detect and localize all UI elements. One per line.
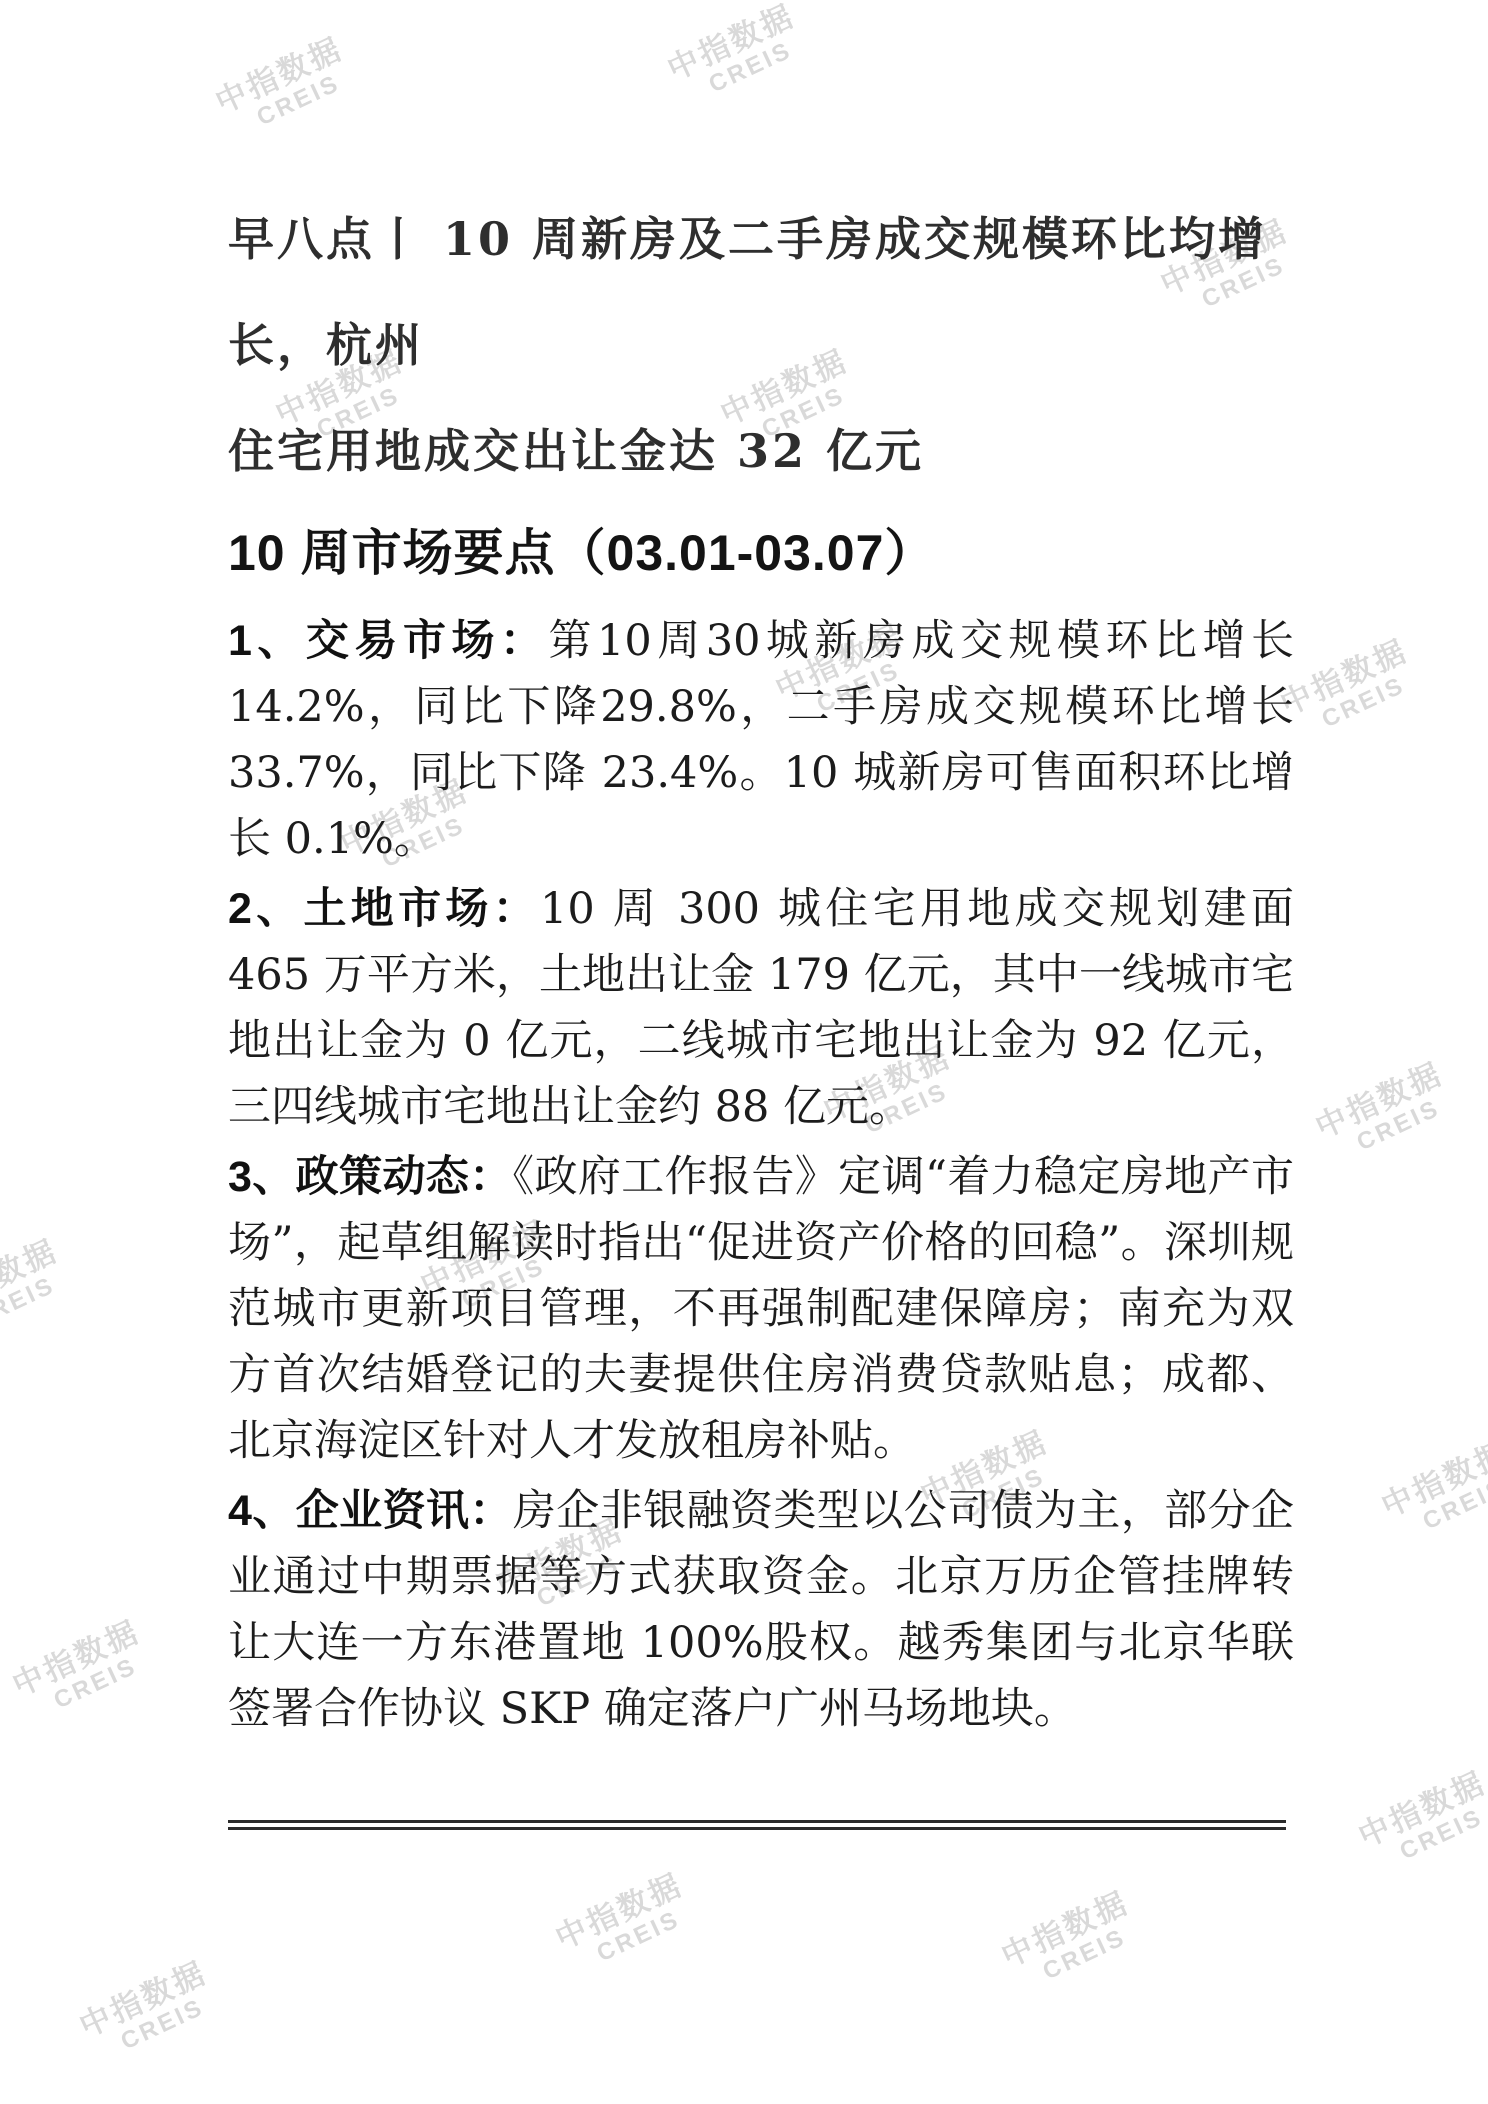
paragraph-company-news: 4、企业资讯：房企非银融资类型以公司债为主，部分企业通过中期票据等方式获取资金。… (228, 1478, 1294, 1742)
paragraph-land-market: 2、土地市场：10 周 300 城住宅用地成交规划建面 465 万平方米，土地出… (228, 876, 1294, 1140)
paragraph-label: 1、交易市场： (228, 617, 548, 665)
watermark: 中指数据CREIS (1310, 1057, 1459, 1170)
document-title-line-2: 住宅用地成交出让金达 32 亿元 (228, 398, 1294, 504)
paragraph-label: 2、土地市场： (228, 885, 540, 933)
document-title: 早八点丨 10 周新房及二手房成交规模环比均增长，杭州 住宅用地成交出让金达 3… (228, 186, 1294, 504)
watermark: 中指数据CREIS (210, 32, 359, 145)
watermark: 中指数据CREIS (996, 1886, 1145, 1999)
section-heading: 10 周市场要点（03.01-03.07） (228, 522, 1294, 584)
watermark: 中指数据CREIS (0, 1234, 75, 1347)
watermark: 中指数据CREIS (1376, 1436, 1488, 1549)
document-title-line-1: 早八点丨 10 周新房及二手房成交规模环比均增长，杭州 (228, 186, 1294, 398)
document-page: 中指数据CREIS中指数据CREIS中指数据CREIS中指数据CREIS中指数据… (0, 0, 1488, 2104)
paragraph-policy-news: 3、政策动态：《政府工作报告》定调“着力稳定房地产市场”，起草组解读时指出“促进… (228, 1144, 1294, 1474)
watermark: 中指数据CREIS (1353, 1766, 1488, 1879)
paragraph-list: 1、交易市场：第10周30城新房成交规模环比增长14.2%，同比下降29.8%，… (228, 608, 1294, 1742)
watermark: 中指数据CREIS (662, 0, 811, 111)
paragraph-label: 4、企业资讯： (228, 1487, 513, 1535)
paragraph-trading-market: 1、交易市场：第10周30城新房成交规模环比增长14.2%，同比下降29.8%，… (228, 608, 1294, 872)
watermark: 中指数据CREIS (74, 1956, 223, 2069)
watermark: 中指数据CREIS (1275, 634, 1424, 747)
paragraph-label: 3、政策动态： (228, 1153, 513, 1201)
watermark: 中指数据CREIS (7, 1615, 156, 1728)
watermark: 中指数据CREIS (550, 1868, 699, 1981)
content-column: 早八点丨 10 周新房及二手房成交规模环比均增长，杭州 住宅用地成交出让金达 3… (228, 186, 1294, 1742)
footer-double-rule (228, 1820, 1286, 1830)
